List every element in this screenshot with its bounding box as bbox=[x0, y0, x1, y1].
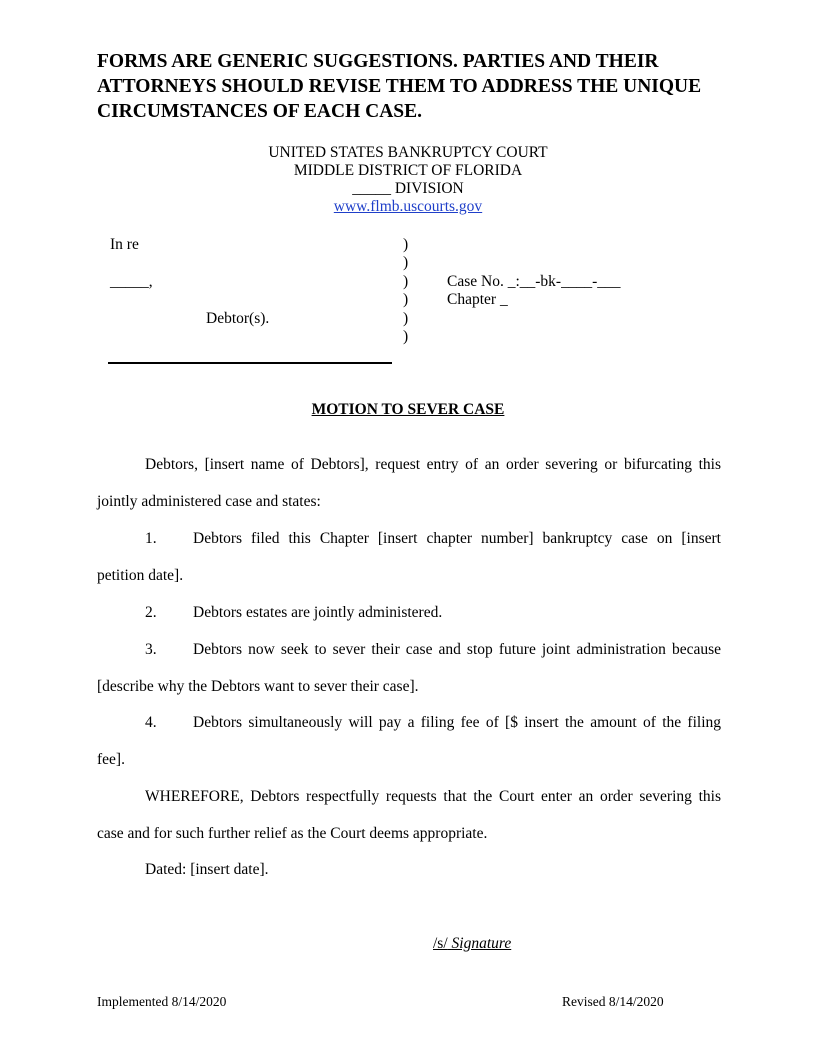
wherefore-line: WHEREFORE, Debtors respectfully requests… bbox=[97, 788, 721, 806]
court-website-row: www.flmb.uscourts.gov bbox=[0, 198, 816, 216]
motion-title: MOTION TO SEVER CASE bbox=[0, 401, 816, 419]
item-text: Debtors simultaneously will pay a filing… bbox=[193, 714, 721, 732]
item-text: Debtors filed this Chapter [insert chapt… bbox=[193, 530, 721, 548]
in-re-label: In re bbox=[110, 236, 139, 254]
item-text-continued: petition date]. bbox=[97, 567, 183, 585]
footer-implemented: Implemented 8/14/2020 bbox=[97, 994, 226, 1010]
caption-paren: ) bbox=[403, 254, 408, 272]
item-text-continued: fee]. bbox=[97, 751, 125, 769]
item-number: 1. bbox=[145, 530, 157, 548]
disclaimer-line: FORMS ARE GENERIC SUGGESTIONS. PARTIES A… bbox=[97, 49, 737, 74]
debtor-label: Debtor(s). bbox=[206, 310, 269, 328]
signature-name: Signature bbox=[452, 935, 512, 952]
caption-paren: ) bbox=[403, 291, 408, 309]
disclaimer-heading: FORMS ARE GENERIC SUGGESTIONS. PARTIES A… bbox=[97, 49, 737, 124]
dated-line: Dated: [insert date]. bbox=[145, 861, 269, 879]
case-number: Case No. _:__-bk-____-___ bbox=[447, 273, 621, 291]
item-number: 3. bbox=[145, 641, 157, 659]
caption-paren: ) bbox=[403, 273, 408, 291]
court-website-link[interactable]: www.flmb.uscourts.gov bbox=[334, 198, 482, 215]
intro-paragraph-line: Debtors, [insert name of Debtors], reque… bbox=[97, 456, 721, 474]
court-division: _____ DIVISION bbox=[0, 180, 816, 198]
caption-divider bbox=[108, 362, 392, 364]
court-district: MIDDLE DISTRICT OF FLORIDA bbox=[0, 162, 816, 180]
chapter-number: Chapter _ bbox=[447, 291, 508, 309]
signature-line: /s/ Signature bbox=[433, 935, 511, 953]
disclaimer-line: CIRCUMSTANCES OF EACH CASE. bbox=[97, 99, 737, 124]
item-text-continued: [describe why the Debtors want to sever … bbox=[97, 678, 419, 696]
footer-revised: Revised 8/14/2020 bbox=[562, 994, 664, 1010]
signature-prefix: /s/ bbox=[433, 935, 448, 952]
item-text: Debtors now seek to sever their case and… bbox=[193, 641, 721, 659]
intro-paragraph-line: jointly administered case and states: bbox=[97, 493, 321, 511]
item-number: 4. bbox=[145, 714, 157, 732]
caption-paren: ) bbox=[403, 236, 408, 254]
wherefore-line: case and for such further relief as the … bbox=[97, 825, 487, 843]
court-name: UNITED STATES BANKRUPTCY COURT bbox=[0, 144, 816, 162]
caption-paren: ) bbox=[403, 328, 408, 346]
debtor-name-blank: _____, bbox=[110, 273, 153, 291]
item-text: Debtors estates are jointly administered… bbox=[193, 604, 442, 622]
caption-paren: ) bbox=[403, 310, 408, 328]
disclaimer-line: ATTORNEYS SHOULD REVISE THEM TO ADDRESS … bbox=[97, 74, 737, 99]
item-number: 2. bbox=[145, 604, 157, 622]
